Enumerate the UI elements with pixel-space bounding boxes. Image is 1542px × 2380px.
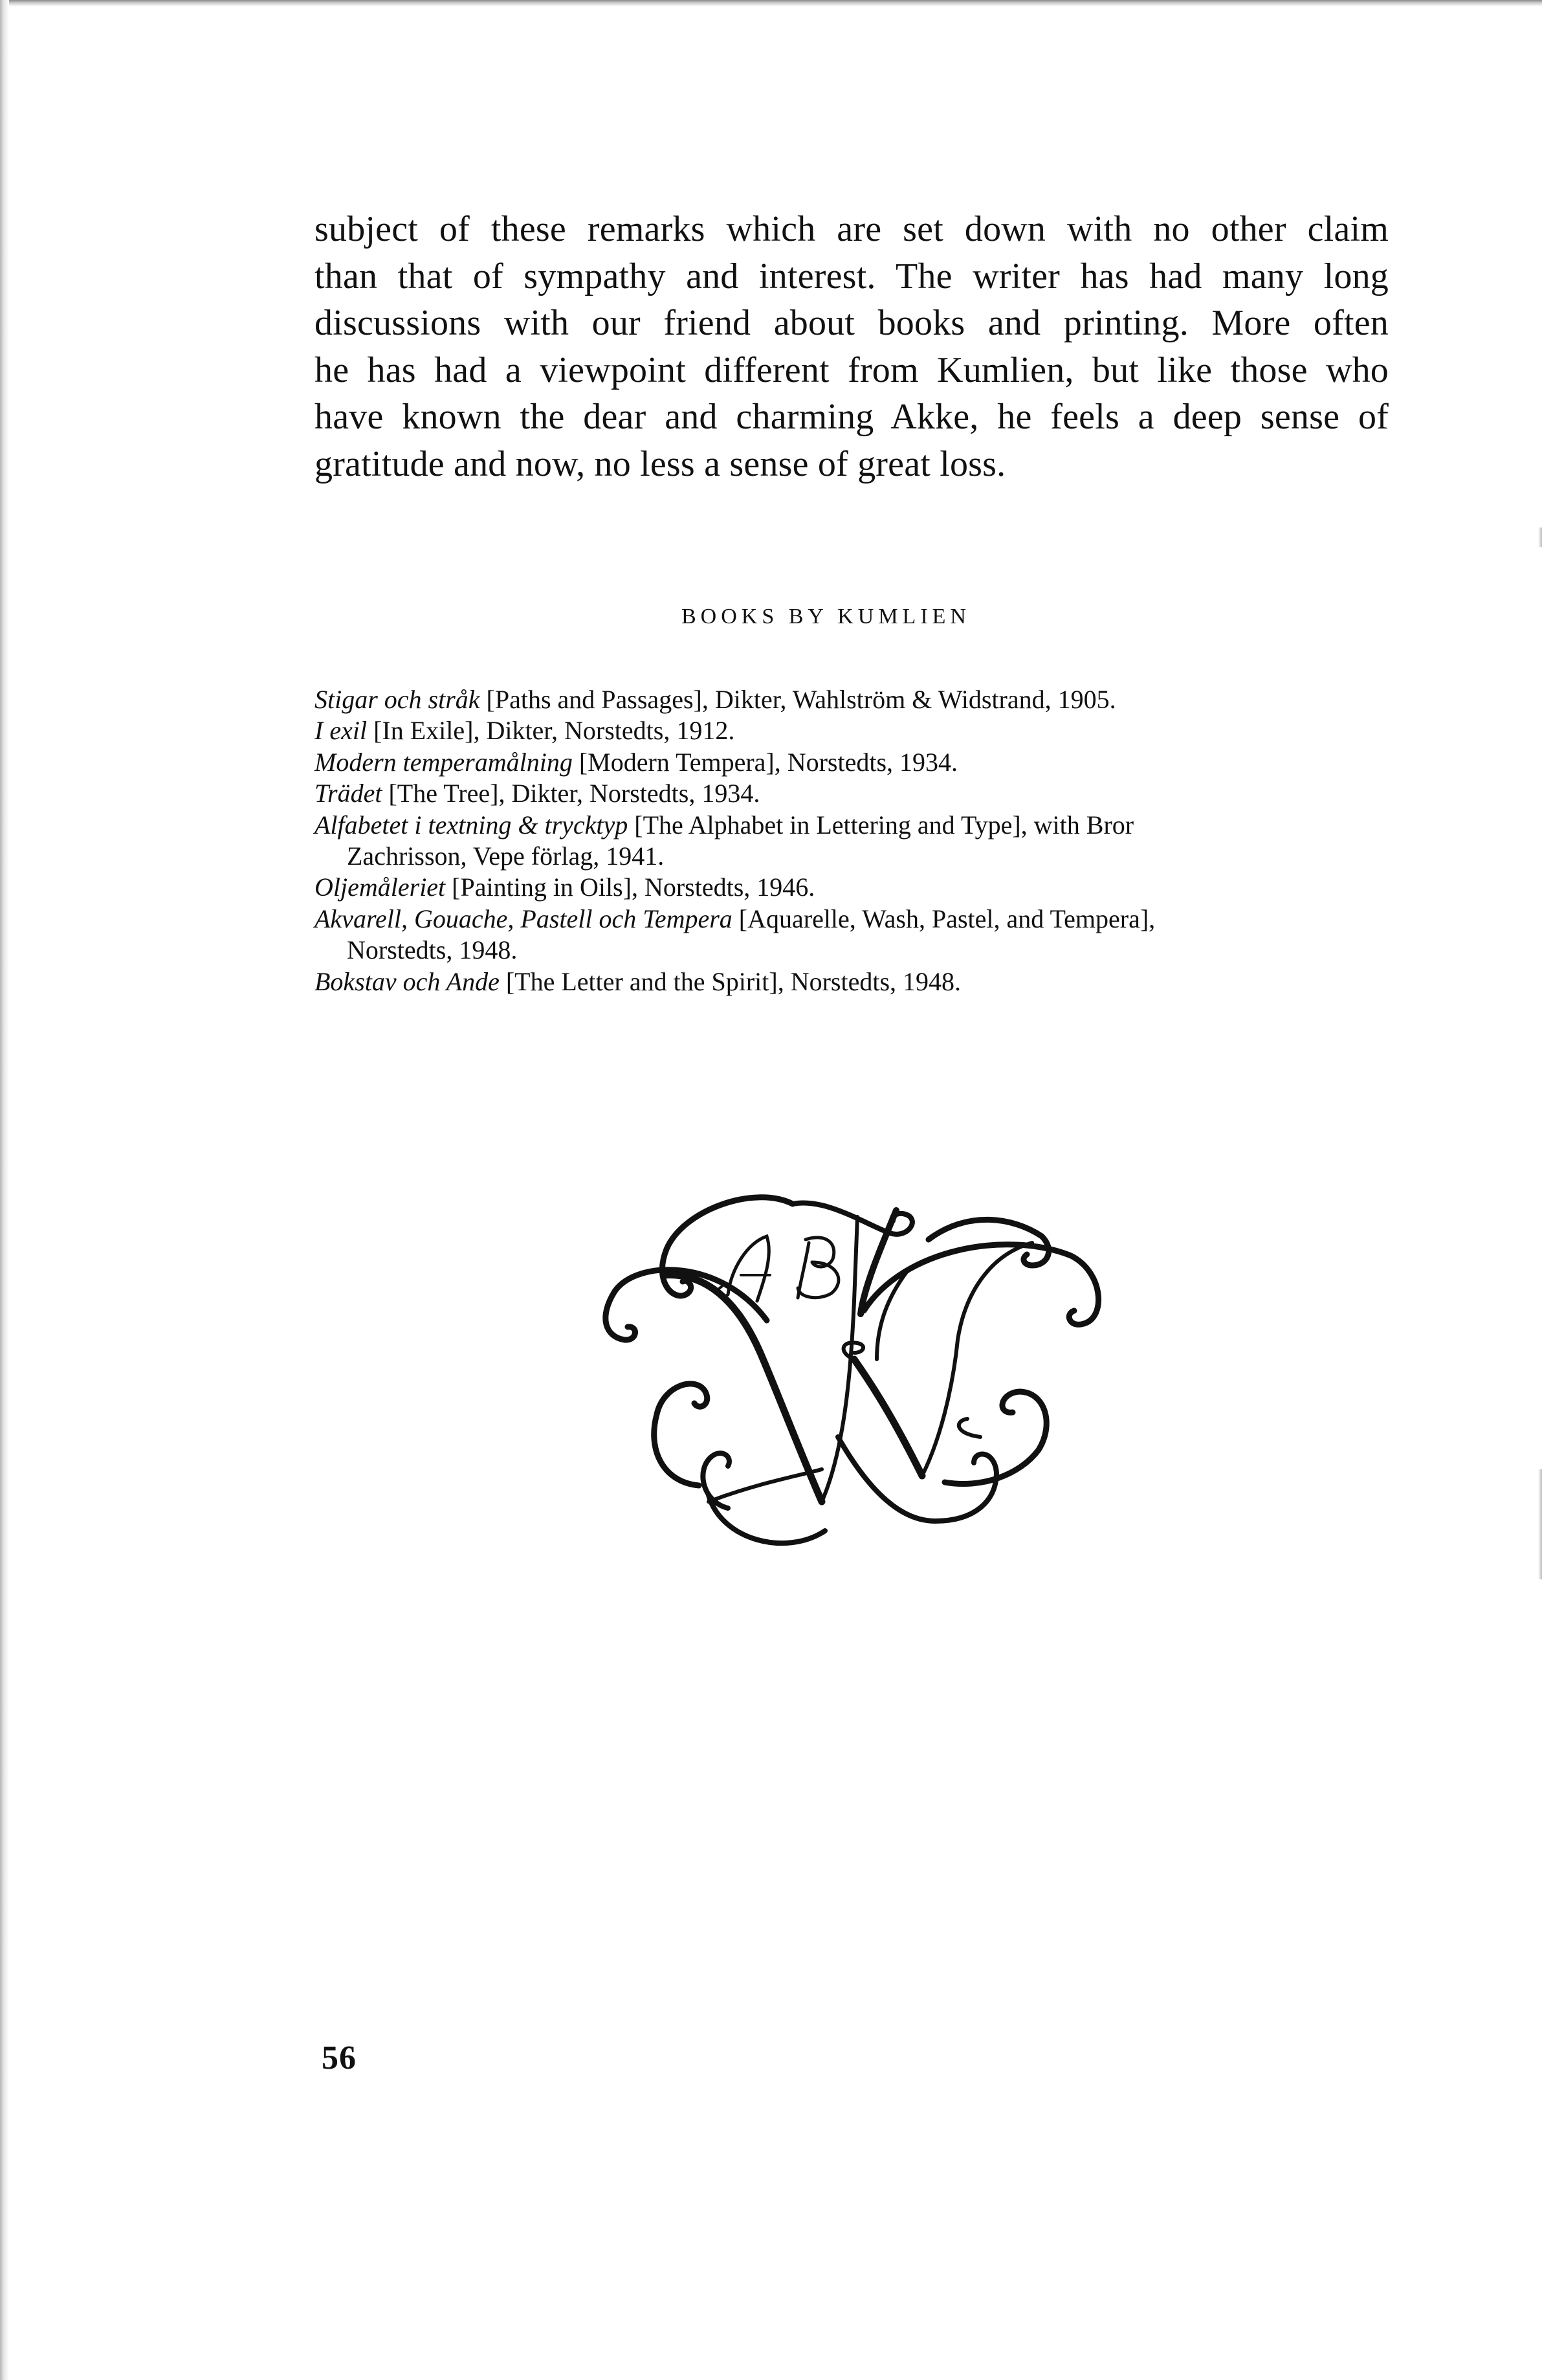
book-title: Alfabetet i textning & trycktyp: [314, 810, 628, 840]
page-edge-shadow-left: [0, 0, 9, 2380]
paragraph-line: gratitude and now, no less a sense of gr…: [314, 441, 1389, 488]
bibliography-line: Modern temperamålning [Modern Tempera], …: [314, 747, 1363, 778]
paragraph-line: have known the dear and charming Akke, h…: [314, 394, 1389, 441]
book-details: [In Exile], Dikter, Norstedts, 1912.: [367, 716, 734, 745]
bibliography-entry: Alfabetet i textning & trycktyp [The Alp…: [314, 810, 1363, 873]
bibliography-list: Stigar och stråk [Paths and Passages], D…: [314, 684, 1363, 997]
body-paragraph: subject of these remarks which are set d…: [314, 206, 1389, 487]
book-title: Oljemåleriet: [314, 873, 445, 902]
bibliography-line: Alfabetet i textning & trycktyp [The Alp…: [314, 810, 1363, 841]
book-details: [Paths and Passages], Dikter, Wahlström …: [480, 685, 1116, 714]
paragraph-line: he has had a viewpoint different from Ku…: [314, 347, 1389, 394]
ab-monogram-ornament: [592, 1178, 1116, 1579]
page-number: 56: [322, 2039, 357, 2077]
bibliography-line: Stigar och stråk [Paths and Passages], D…: [314, 684, 1363, 715]
book-details: [The Letter and the Spirit], Norstedts, …: [500, 967, 961, 996]
book-details: [Aquarelle, Wash, Pastel, and Tempera],: [732, 904, 1155, 933]
bibliography-entry: Trädet [The Tree], Dikter, Norstedts, 19…: [314, 778, 1363, 809]
section-heading: BOOKS BY KUMLIEN: [681, 605, 971, 629]
bibliography-continuation: Norstedts, 1948.: [314, 935, 1363, 966]
book-title: Stigar och stråk: [314, 685, 480, 714]
bibliography-line: Trädet [The Tree], Dikter, Norstedts, 19…: [314, 778, 1363, 809]
book-details: [The Tree], Dikter, Norstedts, 1934.: [382, 779, 760, 808]
paragraph-line: subject of these remarks which are set d…: [314, 206, 1389, 253]
book-title: I exil: [314, 716, 367, 745]
page-edge-shadow-top: [0, 0, 1542, 6]
book-title: Trädet: [314, 779, 382, 808]
paragraph-line: discussions with our friend about books …: [314, 300, 1389, 347]
book-title: Bokstav och Ande: [314, 967, 500, 996]
page-edge-mark-right: [1538, 1469, 1542, 1579]
book-title: Modern temperamålning: [314, 748, 573, 777]
bibliography-entry: Stigar och stråk [Paths and Passages], D…: [314, 684, 1363, 715]
bibliography-entry: Oljemåleriet [Painting in Oils], Norsted…: [314, 872, 1363, 903]
bibliography-line: Oljemåleriet [Painting in Oils], Norsted…: [314, 872, 1363, 903]
bibliography-entry: Akvarell, Gouache, Pastell och Tempera […: [314, 904, 1363, 966]
bibliography-entry: Modern temperamålning [Modern Tempera], …: [314, 747, 1363, 778]
monogram-icon: [592, 1178, 1116, 1579]
book-title: Akvarell, Gouache, Pastell och Tempera: [314, 904, 732, 933]
book-details: [Modern Tempera], Norstedts, 1934.: [573, 748, 958, 777]
bibliography-entry: Bokstav och Ande [The Letter and the Spi…: [314, 966, 1363, 997]
book-details: [Painting in Oils], Norstedts, 1946.: [445, 873, 815, 902]
page-edge-mark-right: [1538, 528, 1542, 547]
paragraph-line: than that of sympathy and interest. The …: [314, 253, 1389, 300]
bibliography-entry: I exil [In Exile], Dikter, Norstedts, 19…: [314, 715, 1363, 746]
book-details: [The Alphabet in Lettering and Type], wi…: [628, 810, 1134, 840]
bibliography-line: Bokstav och Ande [The Letter and the Spi…: [314, 966, 1363, 997]
bibliography-line: I exil [In Exile], Dikter, Norstedts, 19…: [314, 715, 1363, 746]
bibliography-line: Akvarell, Gouache, Pastell och Tempera […: [314, 904, 1363, 935]
bibliography-continuation: Zachrisson, Vepe förlag, 1941.: [314, 841, 1363, 872]
